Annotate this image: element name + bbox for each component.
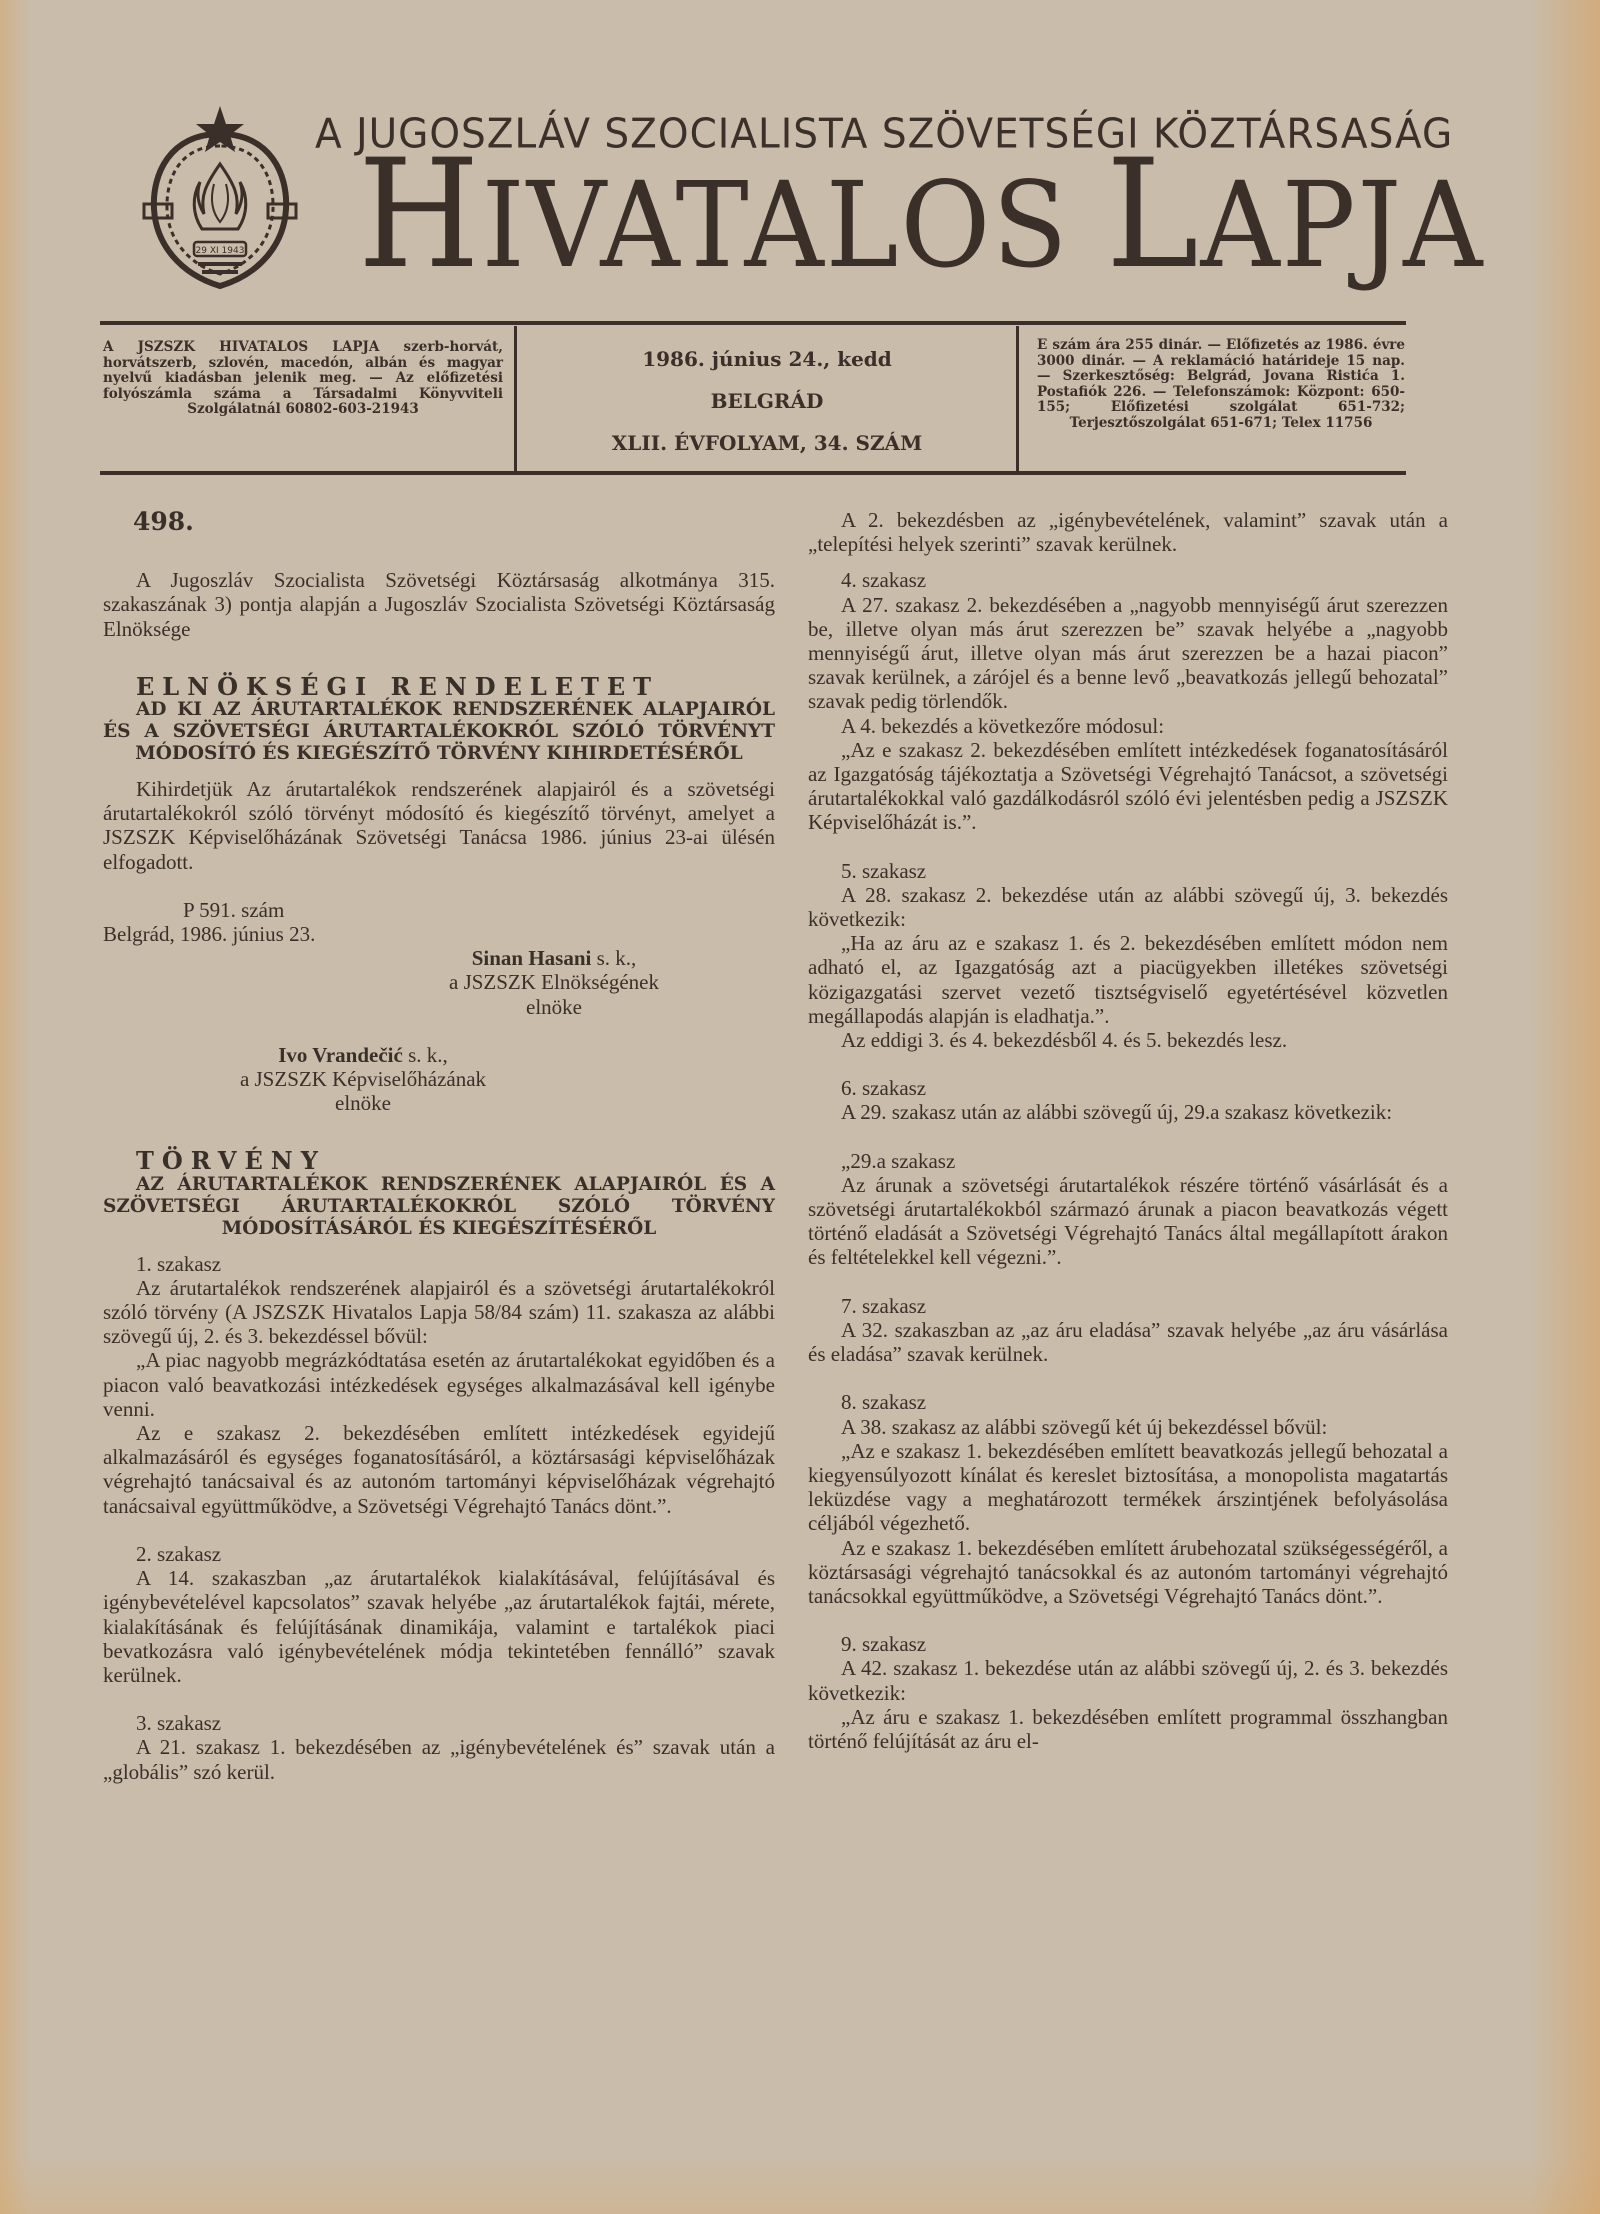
section-1-paragraph: „A piac nagyobb megrázkódtatása esetén a… [103, 1348, 775, 1421]
subscription-info: E szám ára 255 dinár. — Előfizetés az 19… [1037, 338, 1405, 432]
title-initial-l: L [1106, 128, 1200, 302]
left-column: 498. A Jugoszláv Szocialista Szövetségi … [103, 500, 775, 1784]
law-subheading: AZ ÁRUTARTALÉKOK RENDSZERÉNEK ALAPJAIRÓL… [103, 1174, 775, 1240]
promulgation-text: Kihirdetjük Az árutartalékok rendszeréne… [103, 777, 775, 874]
signatory-1-name: Sinan Hasani [472, 946, 592, 970]
signatory-2-role: elnöke [103, 1091, 623, 1115]
issue-info: 1986. június 24., kedd BELGRÁD XLII. ÉVF… [520, 338, 1014, 464]
section-3-paragraph: A 2. bekezdésben az „igénybevételének, v… [808, 508, 1448, 556]
signature-block-2: Ivo Vrandečić s. k., a JSZSZK Képviselőh… [103, 1043, 623, 1116]
section-9-paragraph: „Az áru e szakasz 1. bekezdésében említe… [808, 1705, 1448, 1753]
svg-text:29 XI 1943: 29 XI 1943 [196, 246, 245, 256]
state-emblem-icon: 29 XI 1943 [140, 104, 300, 294]
title-word-2-rest: APJA [1201, 156, 1485, 294]
section-1-paragraph: Az árutartalékok rendszerének alapjairól… [103, 1276, 775, 1349]
issue-city: BELGRÁD [520, 380, 1014, 422]
info-divider-right [1016, 326, 1019, 472]
newspaper-page: 29 XI 1943 A JUGOSZLÁV SZOCIALISTA SZÖVE… [0, 0, 1600, 2214]
signatory-1-title: a JSZSZK Elnökségének [333, 970, 775, 994]
section-2-paragraph: A 14. szakaszban „az árutartalékok kiala… [103, 1566, 775, 1687]
section-6-paragraph: A 29. szakasz után az alábbi szövegű új,… [808, 1100, 1448, 1124]
section-9-paragraph: A 42. szakasz 1. bekezdése után az alább… [808, 1656, 1448, 1704]
masthead-rule-top [100, 321, 1406, 325]
decree-heading: ELNÖKSÉGI RENDELETET [103, 675, 775, 699]
signatory-2-title: a JSZSZK Képviselőházának [103, 1067, 623, 1091]
publication-title: HIVATALOS LAPJA [358, 150, 1325, 290]
signatory-2-name: Ivo Vrandečić [278, 1043, 403, 1067]
section-5-title: 5. szakasz [808, 859, 1448, 883]
section-8-title: 8. szakasz [808, 1390, 1448, 1414]
section-5-paragraph: Az eddigi 3. és 4. bekezdésből 4. és 5. … [808, 1028, 1448, 1052]
section-2-title: 2. szakasz [103, 1542, 775, 1566]
section-7-title: 7. szakasz [808, 1294, 1448, 1318]
section-5-paragraph: A 28. szakasz 2. bekezdése után az alább… [808, 883, 1448, 931]
right-column: A 2. bekezdésben az „igénybevételének, v… [808, 508, 1448, 1753]
section-3-title: 3. szakasz [103, 1711, 775, 1735]
section-1-title: 1. szakasz [103, 1252, 775, 1276]
masthead-rule-bottom [100, 471, 1406, 475]
section-3-paragraph: A 21. szakasz 1. bekezdésében az „igényb… [103, 1735, 775, 1783]
signatory-1-role: elnöke [333, 995, 775, 1019]
section-7-paragraph: A 32. szakaszban az „az áru eladása” sza… [808, 1318, 1448, 1366]
section-6-title: 6. szakasz [808, 1076, 1448, 1100]
signature-block-1: Sinan Hasani s. k., a JSZSZK Elnökségéne… [333, 946, 775, 1019]
decree-subheading: AD KI AZ ÁRUTARTALÉKOK RENDSZERÉNEK ALAP… [103, 699, 775, 765]
section-9-title: 9. szakasz [808, 1632, 1448, 1656]
signatory-2-suffix: s. k., [403, 1043, 448, 1067]
title-initial-h: H [358, 128, 482, 302]
section-8-paragraph: Az e szakasz 1. bekezdésében említett ár… [808, 1536, 1448, 1609]
section-8-paragraph: A 38. szakasz az alábbi szövegű két új b… [808, 1415, 1448, 1439]
section-8-paragraph: „Az e szakasz 1. bekezdésében említett b… [808, 1439, 1448, 1536]
issue-number: XLII. ÉVFOLYAM, 34. SZÁM [520, 422, 1014, 464]
section-4-title: 4. szakasz [808, 568, 1448, 592]
issue-date: 1986. június 24., kedd [520, 338, 1014, 380]
section-29a-paragraph: Az árunak a szövetségi árutartalékok rés… [808, 1173, 1448, 1270]
reference-number: P 591. szám [103, 898, 775, 922]
section-4-paragraph: A 27. szakasz 2. bekezdésében a „nagyobb… [808, 593, 1448, 714]
decree-number: 498. [133, 510, 775, 534]
section-4-paragraph: „Az e szakasz 2. bekezdésében említett i… [808, 738, 1448, 835]
section-29a-title: „29.a szakasz [808, 1149, 1448, 1173]
section-1-paragraph: Az e szakasz 2. bekezdésében említett in… [103, 1421, 775, 1518]
law-heading: TÖRVÉNY [103, 1149, 775, 1173]
section-4-paragraph: A 4. bekezdés a következőre módosul: [808, 714, 1448, 738]
section-5-paragraph: „Ha az áru az e szakasz 1. és 2. bekezdé… [808, 931, 1448, 1028]
place-date: Belgrád, 1986. június 23. [103, 922, 775, 946]
decree-intro: A Jugoszláv Szocialista Szövetségi Köztá… [103, 568, 775, 641]
publication-info: A JSZSZK HIVATALOS LAPJA szerb-horvát, h… [103, 340, 503, 418]
info-divider-left [514, 326, 517, 472]
signatory-1-suffix: s. k., [591, 946, 636, 970]
title-word-1-rest: IVATALOS [482, 156, 1106, 294]
